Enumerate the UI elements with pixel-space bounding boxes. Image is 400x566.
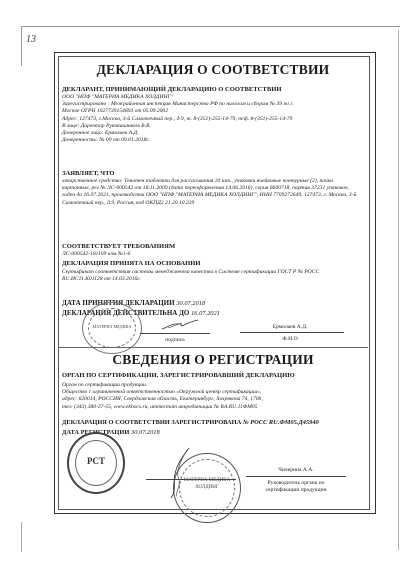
head-caption-2: сертификации продукции — [246, 487, 346, 493]
declarant-line: Адрес: 127473, г.Москва, 3-й Самотечный … — [62, 116, 362, 123]
page-edge-top — [21, 26, 400, 27]
name-caption: Ф.И.О — [240, 336, 340, 342]
declarant-info: ООО "НПФ "МАТЕРИА МЕДИКА ХОЛДИНГ" Зареги… — [62, 94, 362, 144]
head-name: Чичерина А.А. — [246, 467, 346, 473]
accepted-date-row: ДАТА ПРИНЯТИЯ ДЕКЛАРАЦИИ 30.07.2018 — [62, 299, 205, 307]
declarant-line: Зарегистрировано : Межрайонная инспекция… — [62, 101, 362, 108]
certification-stamp: РСТ — [67, 432, 125, 494]
signature-declarant — [160, 318, 200, 332]
head-caption-1: Руководитель органа по — [246, 480, 346, 486]
registered-number: № РОСС RU.ФМ05.Д45940 — [243, 419, 319, 426]
registered-label: ДЕКЛАРАЦИЯ О СООТВЕТСТВИИ ЗАРЕГИСТРИРОВА… — [62, 419, 241, 426]
head-name-line — [246, 476, 346, 477]
registered-row: ДЕКЛАРАЦИЯ О СООТВЕТСТВИИ ЗАРЕГИСТРИРОВА… — [62, 419, 319, 426]
registration-title: СВЕДЕНИЯ О РЕГИСТРАЦИИ — [58, 352, 368, 368]
declarant-line: Доверенное лицо: Ермолаев А.Д. — [62, 130, 362, 137]
basis-heading: ДЕКЛАРАЦИЯ ПРИНЯТА НА ОСНОВАНИИ — [62, 260, 201, 267]
complies-text: ЛС-000542-181109 изм.№1-6 — [62, 251, 362, 258]
declarant-heading: ДЕКЛАРАНТ, ПРИНИМАЮЩИЙ ДЕКЛАРАЦИЮ О СООТ… — [62, 86, 281, 93]
reg-date-row: ДАТА РЕГИСТРАЦИИ 30.07.2018 — [62, 429, 160, 436]
declarant-line: Москве ОГРН 1027739154893 от 05.09.2002 — [62, 108, 362, 115]
complies-heading: СООТВЕТСТВУЕТ ТРЕБОВАНИЯМ — [62, 243, 175, 250]
signature-line — [140, 333, 210, 334]
cert-body-line: тел: (343) 380-27-55, www.ekbocs.ru, атт… — [62, 404, 362, 411]
signature-caption: подпись — [140, 337, 210, 343]
signer-name: Ермолаев А.Д. — [240, 324, 340, 330]
basis-text: Сертификат соответствия системы менеджме… — [62, 269, 358, 283]
page-edge-left-lower — [21, 522, 22, 552]
signature-registration — [165, 446, 195, 500]
declaration-title: ДЕКЛАРАЦИЯ О СООТВЕТСТВИИ — [58, 62, 368, 78]
declarant-line: В лице: Директор Рукавишников В.В. — [62, 123, 362, 130]
section-divider — [58, 347, 368, 348]
accepted-date: 30.07.2018 — [176, 300, 205, 307]
reg-date: 30.07.2018 — [131, 429, 160, 436]
declarant-line: Доверенность: № 09 от 09.01.2018г. — [62, 137, 362, 144]
page-edge-left — [21, 26, 22, 66]
claims-heading: ЗАЯВЛЯЕТ, ЧТО — [62, 170, 115, 177]
claims-text: лекарственное средство: Тенотен таблетки… — [62, 178, 362, 207]
stamp-text: МАТЕРИА МЕДИКА — [83, 324, 141, 329]
page-number: 13 — [26, 34, 36, 45]
pct-logo: РСТ — [69, 456, 123, 466]
page-edge-right — [398, 30, 399, 550]
cert-body-info: Орган по сертификации продукции Общество… — [62, 382, 362, 411]
reg-signature-line — [146, 479, 236, 480]
cert-body-heading: ОРГАН ПО СЕРТИФИКАЦИИ, ЗАРЕГИСТРИРОВАВШИ… — [62, 372, 295, 379]
valid-date: 16.07.2021 — [191, 310, 220, 317]
cert-body-line: адрес: 620014, РОССИЯ, Свердловская обла… — [62, 396, 362, 403]
name-line — [240, 332, 344, 333]
